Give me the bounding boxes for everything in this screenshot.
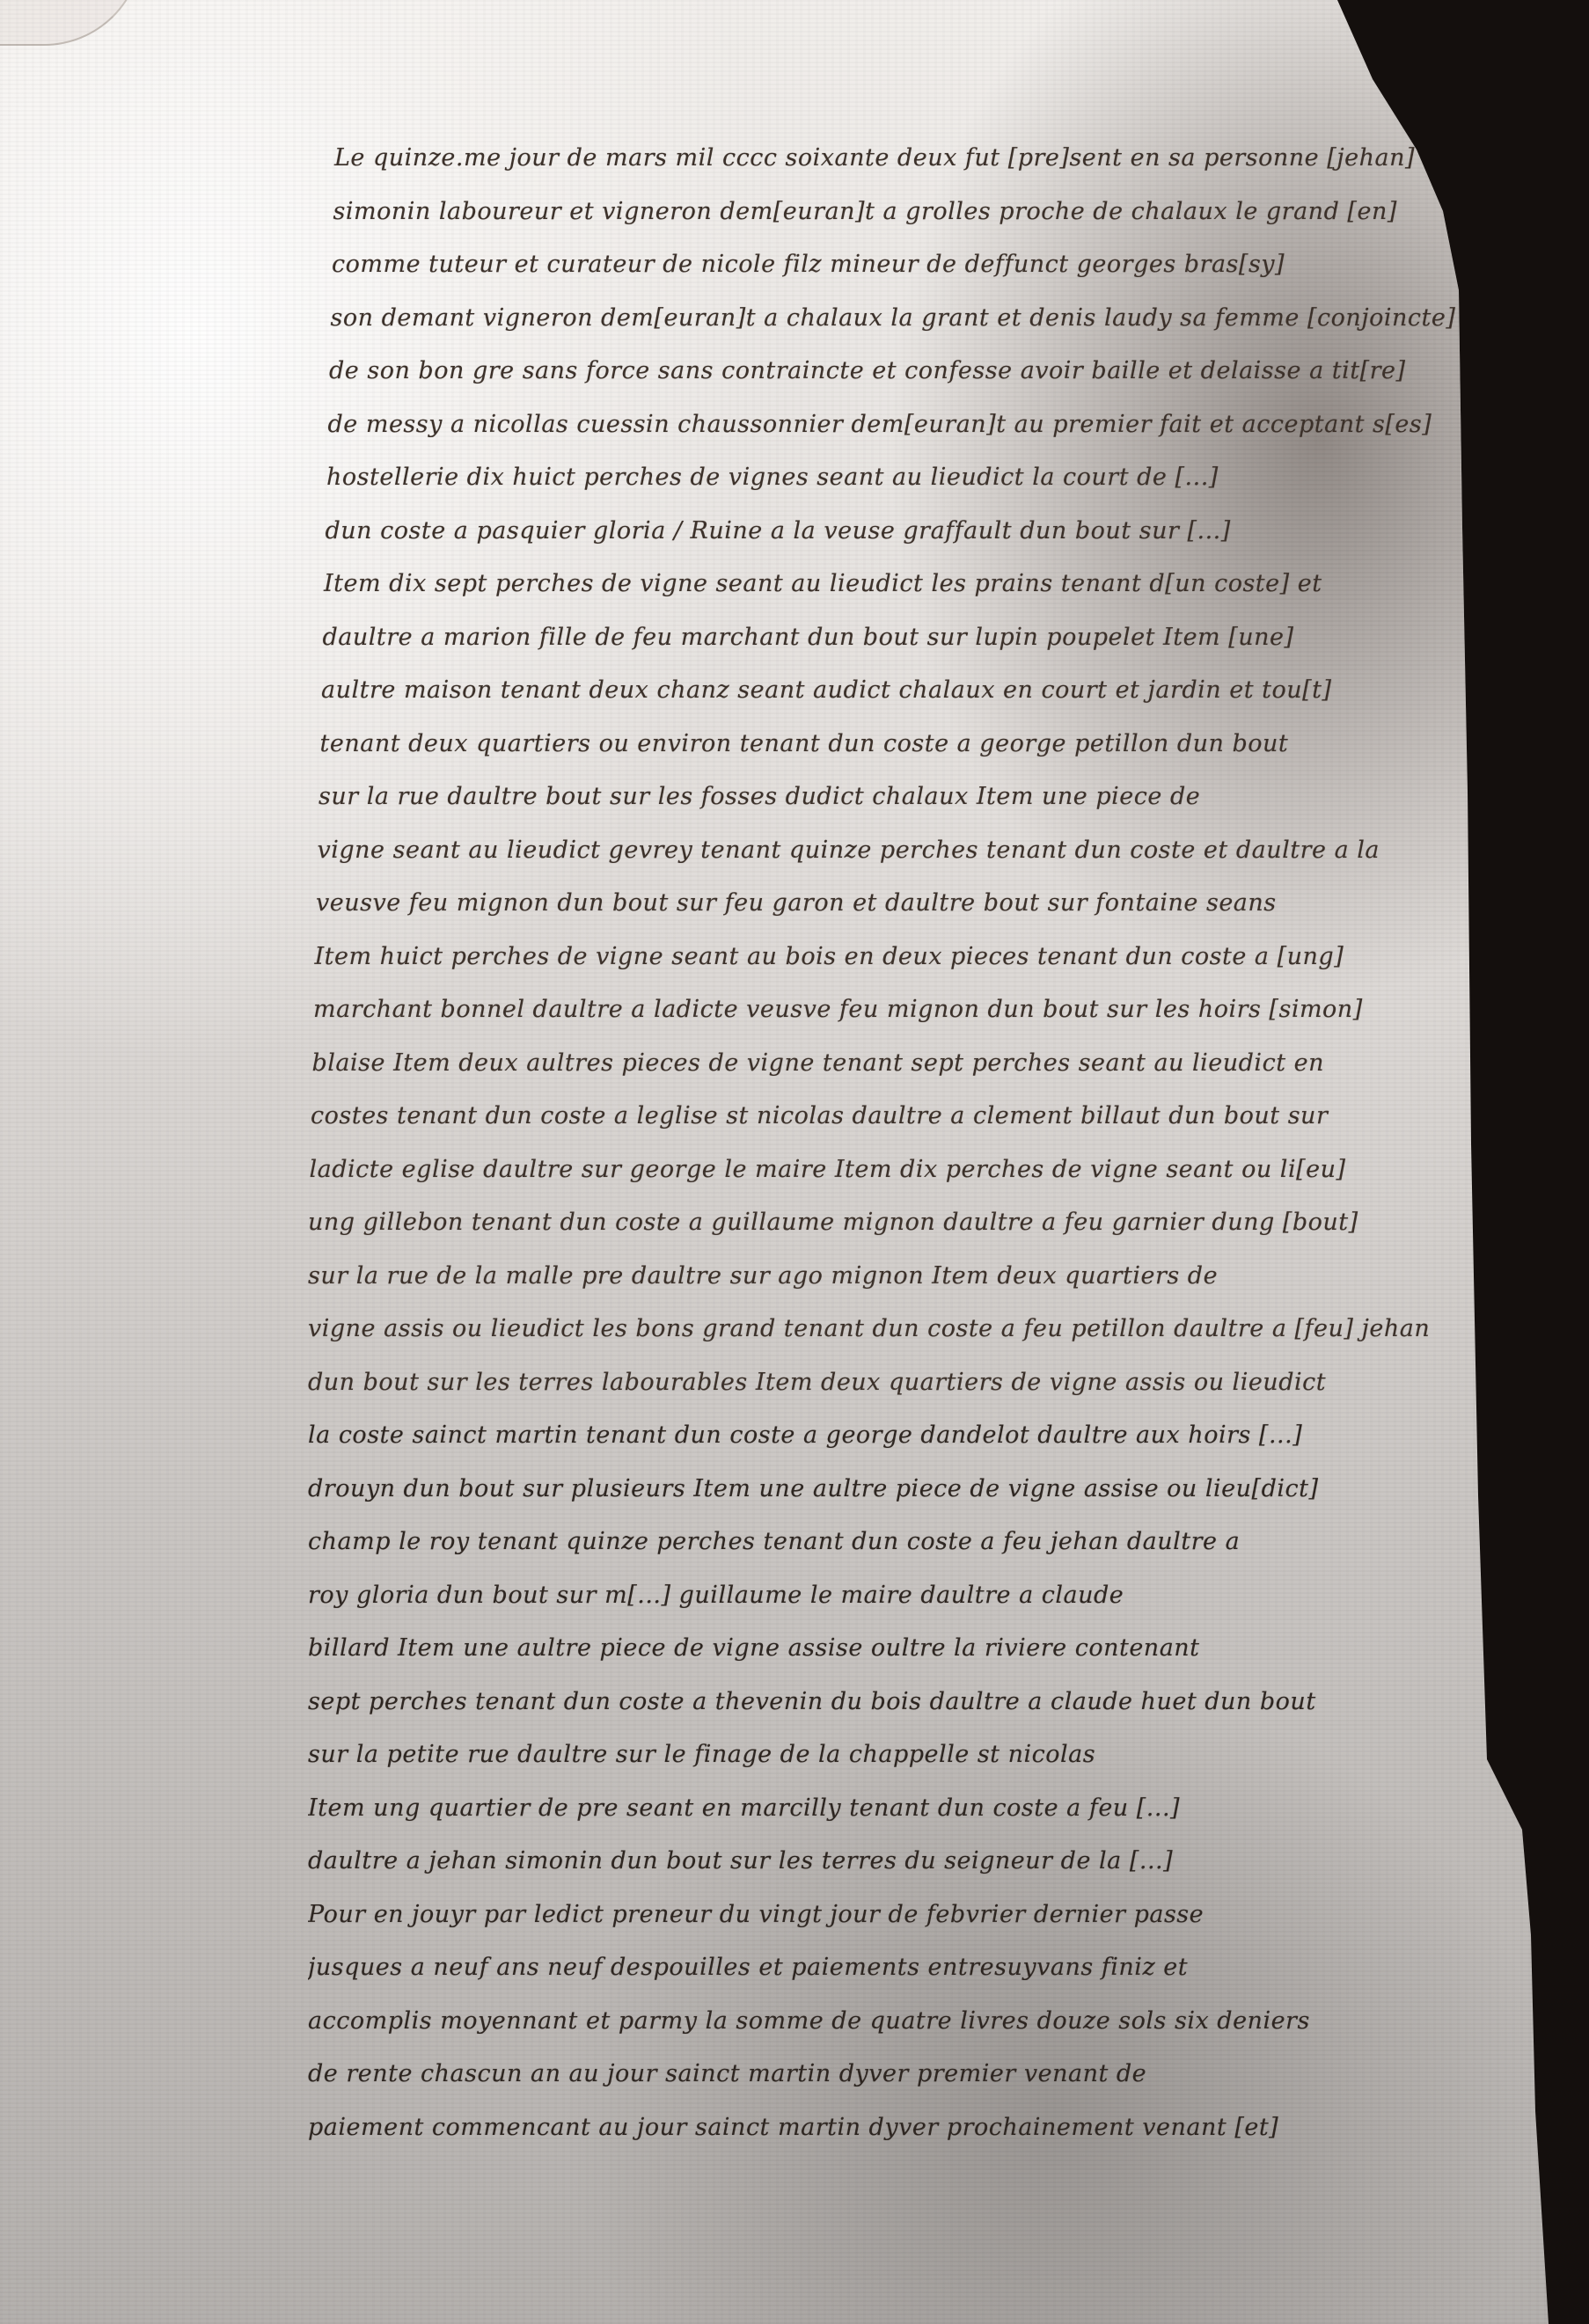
manuscript-line: accomplis moyennant et parmy la somme de… — [308, 1995, 1469, 2049]
manuscript-line: ung gillebon tenant dun coste a guillaum… — [308, 1196, 1469, 1250]
manuscript-line: paiement commencant au jour sainct marti… — [308, 2101, 1469, 2155]
manuscript-line: son demant vigneron dem[euran]t a chalau… — [308, 292, 1469, 346]
manuscript-line: dun coste a pasquier gloria / Ruine a la… — [308, 505, 1469, 559]
torn-parchment-fragment — [0, 0, 143, 46]
photo-scene: Le quinze.me jour de mars mil cccc soixa… — [0, 0, 1589, 2324]
manuscript-line: costes tenant dun coste a leglise st nic… — [308, 1090, 1469, 1144]
manuscript-line: tenant deux quartiers ou environ tenant … — [308, 718, 1469, 771]
manuscript-line: vigne seant au lieudict gevrey tenant qu… — [308, 824, 1469, 878]
manuscript-line: veusve feu mignon dun bout sur feu garon… — [308, 877, 1469, 931]
manuscript-line: jusques a neuf ans neuf despouilles et p… — [308, 1941, 1469, 1995]
manuscript-line: drouyn dun bout sur plusieurs Item une a… — [308, 1463, 1469, 1516]
parchment-sheet: Le quinze.me jour de mars mil cccc soixa… — [0, 0, 1589, 2324]
manuscript-line: champ le roy tenant quinze perches tenan… — [308, 1516, 1469, 1569]
manuscript-line: comme tuteur et curateur de nicole filz … — [308, 238, 1469, 292]
manuscript-line: sur la rue de la malle pre daultre sur a… — [308, 1250, 1469, 1304]
manuscript-line: aultre maison tenant deux chanz seant au… — [308, 664, 1469, 718]
manuscript-line: sur la rue daultre bout sur les fosses d… — [308, 771, 1469, 824]
manuscript-line: billard Item une aultre piece de vigne a… — [308, 1622, 1469, 1676]
manuscript-line: de messy a nicollas cuessin chaussonnier… — [308, 398, 1469, 452]
manuscript-line: de rente chascun an au jour sainct marti… — [308, 2048, 1469, 2101]
manuscript-line: daultre a jehan simonin dun bout sur les… — [308, 1835, 1469, 1889]
manuscript-text: Le quinze.me jour de mars mil cccc soixa… — [308, 132, 1469, 2154]
manuscript-line: Item ung quartier de pre seant en marcil… — [308, 1782, 1469, 1836]
manuscript-line: roy gloria dun bout sur m[...] guillaume… — [308, 1569, 1469, 1623]
manuscript-line: Item huict perches de vigne seant au boi… — [308, 931, 1469, 984]
manuscript-line: Le quinze.me jour de mars mil cccc soixa… — [308, 132, 1469, 186]
manuscript-line: ladicte eglise daultre sur george le mai… — [308, 1144, 1469, 1197]
manuscript-line: Item dix sept perches de vigne seant au … — [308, 558, 1469, 611]
manuscript-line: de son bon gre sans force sans contrainc… — [308, 345, 1469, 398]
manuscript-line: daultre a marion fille de feu marchant d… — [308, 611, 1469, 665]
manuscript-line: hostellerie dix huict perches de vignes … — [308, 451, 1469, 505]
manuscript-line: sept perches tenant dun coste a thevenin… — [308, 1676, 1469, 1729]
manuscript-line: blaise Item deux aultres pieces de vigne… — [308, 1037, 1469, 1091]
manuscript-line: sur la petite rue daultre sur le finage … — [308, 1728, 1469, 1782]
manuscript-line: dun bout sur les terres labourables Item… — [308, 1356, 1469, 1410]
manuscript-line: marchant bonnel daultre a ladicte veusve… — [308, 983, 1469, 1037]
manuscript-line: simonin laboureur et vigneron dem[euran]… — [308, 186, 1469, 239]
manuscript-line: Pour en jouyr par ledict preneur du ving… — [308, 1889, 1469, 1942]
manuscript-line: vigne assis ou lieudict les bons grand t… — [308, 1303, 1469, 1356]
manuscript-line: la coste sainct martin tenant dun coste … — [308, 1409, 1469, 1463]
